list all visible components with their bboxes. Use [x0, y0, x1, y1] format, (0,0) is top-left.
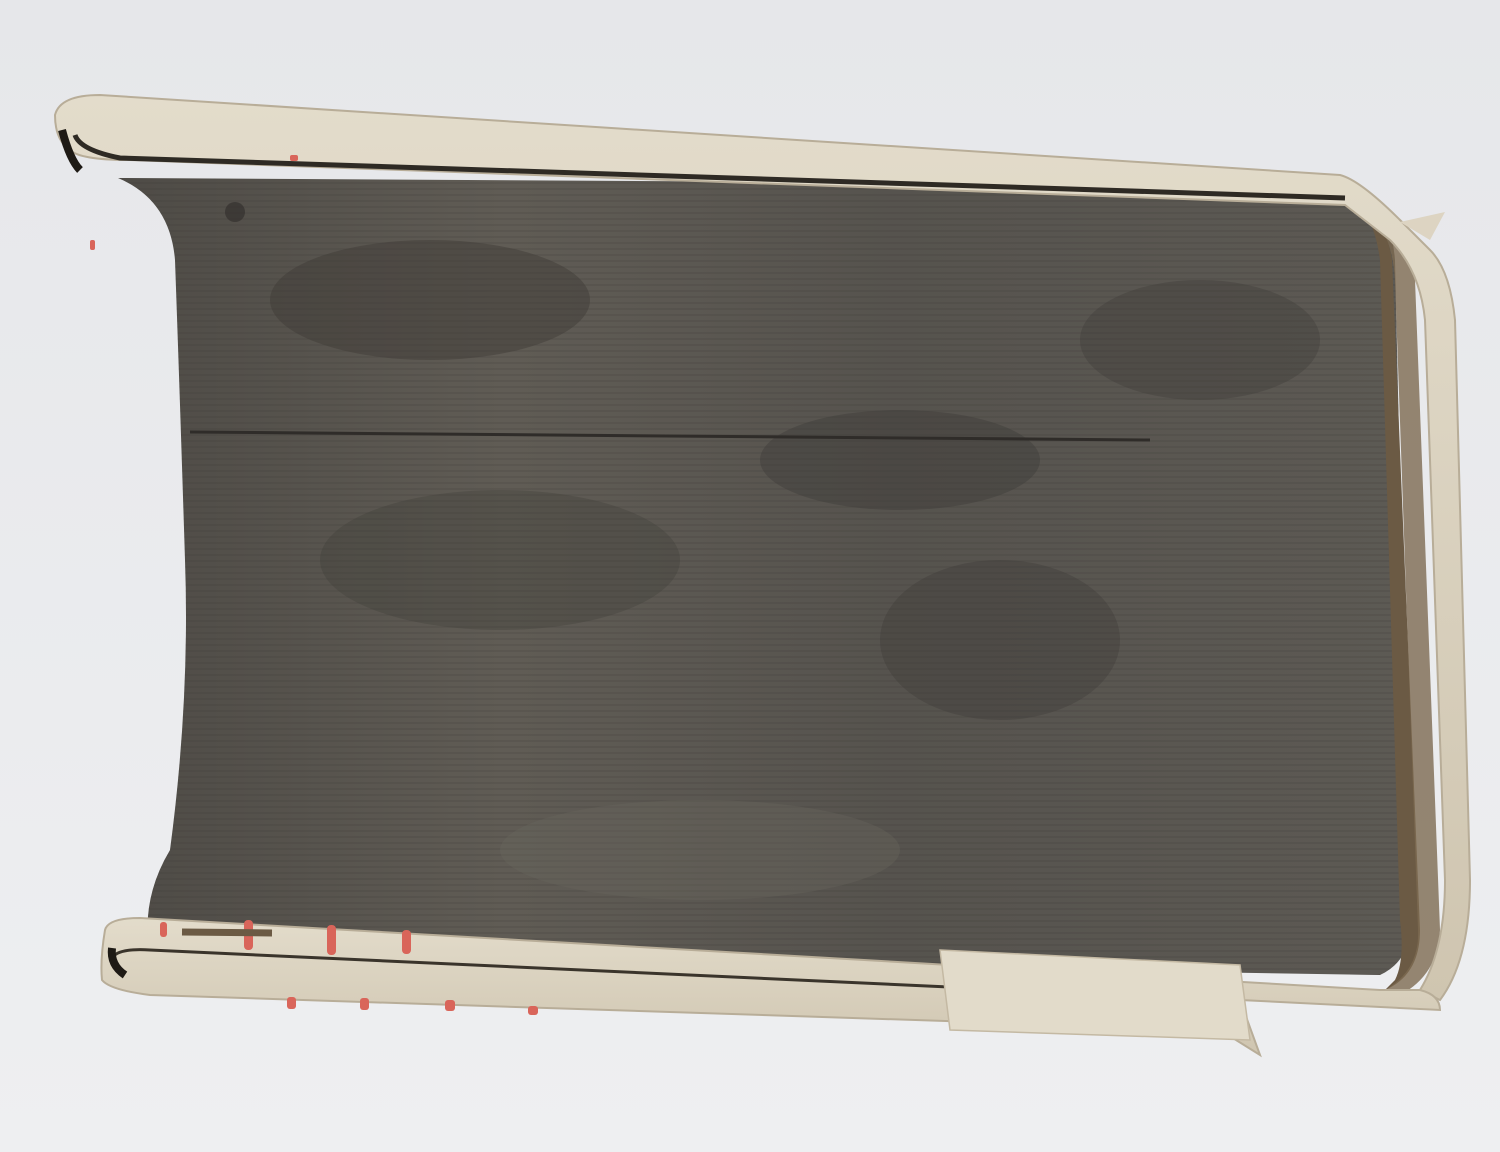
book-photo: [0, 0, 1500, 1152]
photo-scene: [0, 0, 1500, 1152]
page-block: [118, 178, 1410, 975]
brown-cross-mark: [182, 932, 272, 933]
